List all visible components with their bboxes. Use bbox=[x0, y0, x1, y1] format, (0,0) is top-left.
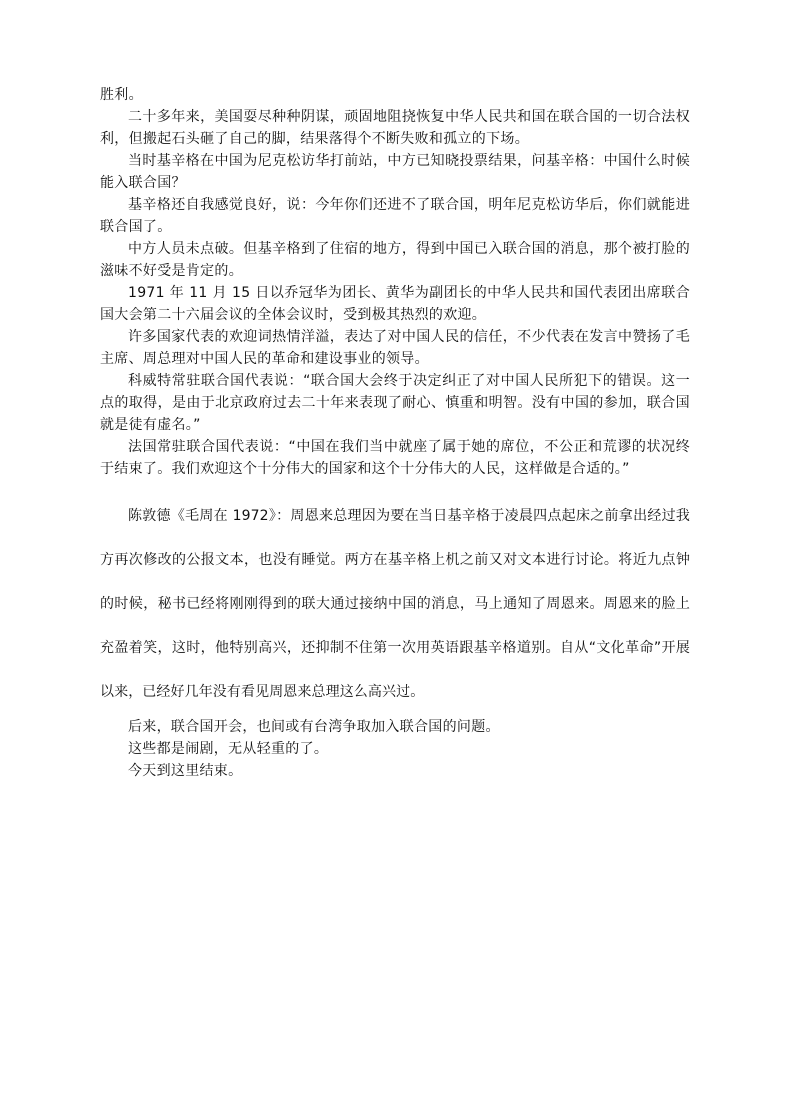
paragraph: 科威特常驻联合国代表说：“联合国大会终于决定纠正了对中国人民所犯下的错误。这一点… bbox=[100, 370, 690, 436]
ending-block: 后来，联合国开会，也间或有台湾争取加入联合国的问题。 这些都是闹剧，无从轻重的了… bbox=[100, 716, 690, 782]
paragraph: 中方人员未点破。但基辛格到了住宿的地方，得到中国已入联合国的消息，那个被打脸的滋… bbox=[100, 238, 690, 282]
paragraph: 二十多年来，美国耍尽种种阴谋，顽固地阻挠恢复中华人民共和国在联合国的一切合法权利… bbox=[100, 106, 690, 150]
ending-line: 这些都是闹剧，无从轻重的了。 bbox=[100, 738, 690, 760]
document-page: 胜利。 二十多年来，美国耍尽种种阴谋，顽固地阻挠恢复中华人民共和国在联合国的一切… bbox=[100, 84, 690, 782]
paragraph: 1971 年 11 月 15 日以乔冠华为团长、黄华为副团长的中华人民共和国代表… bbox=[100, 282, 690, 326]
paragraph: 许多国家代表的欢迎词热情洋溢，表达了对中国人民的信任，不少代表在发言中赞扬了毛主… bbox=[100, 326, 690, 370]
ending-line: 今天到这里结束。 bbox=[100, 760, 690, 782]
ending-line: 后来，联合国开会，也间或有台湾争取加入联合国的问题。 bbox=[100, 716, 690, 738]
paragraph: 当时基辛格在中国为尼克松访华打前站，中方已知晓投票结果，问基辛格：中国什么时候能… bbox=[100, 150, 690, 194]
quote-block: 陈敦德《毛周在 1972》：周恩来总理因为要在当日基辛格于凌晨四点起床之前拿出经… bbox=[100, 494, 690, 714]
paragraph: 基辛格还自我感觉良好，说：今年你们还进不了联合国，明年尼克松访华后，你们就能进联… bbox=[100, 194, 690, 238]
quote-paragraph: 陈敦德《毛周在 1972》：周恩来总理因为要在当日基辛格于凌晨四点起床之前拿出经… bbox=[100, 494, 690, 714]
paragraph-continuation: 胜利。 bbox=[100, 84, 690, 106]
paragraph: 法国常驻联合国代表说：“中国在我们当中就座了属于她的席位，不公正和荒谬的状况终于… bbox=[100, 436, 690, 480]
